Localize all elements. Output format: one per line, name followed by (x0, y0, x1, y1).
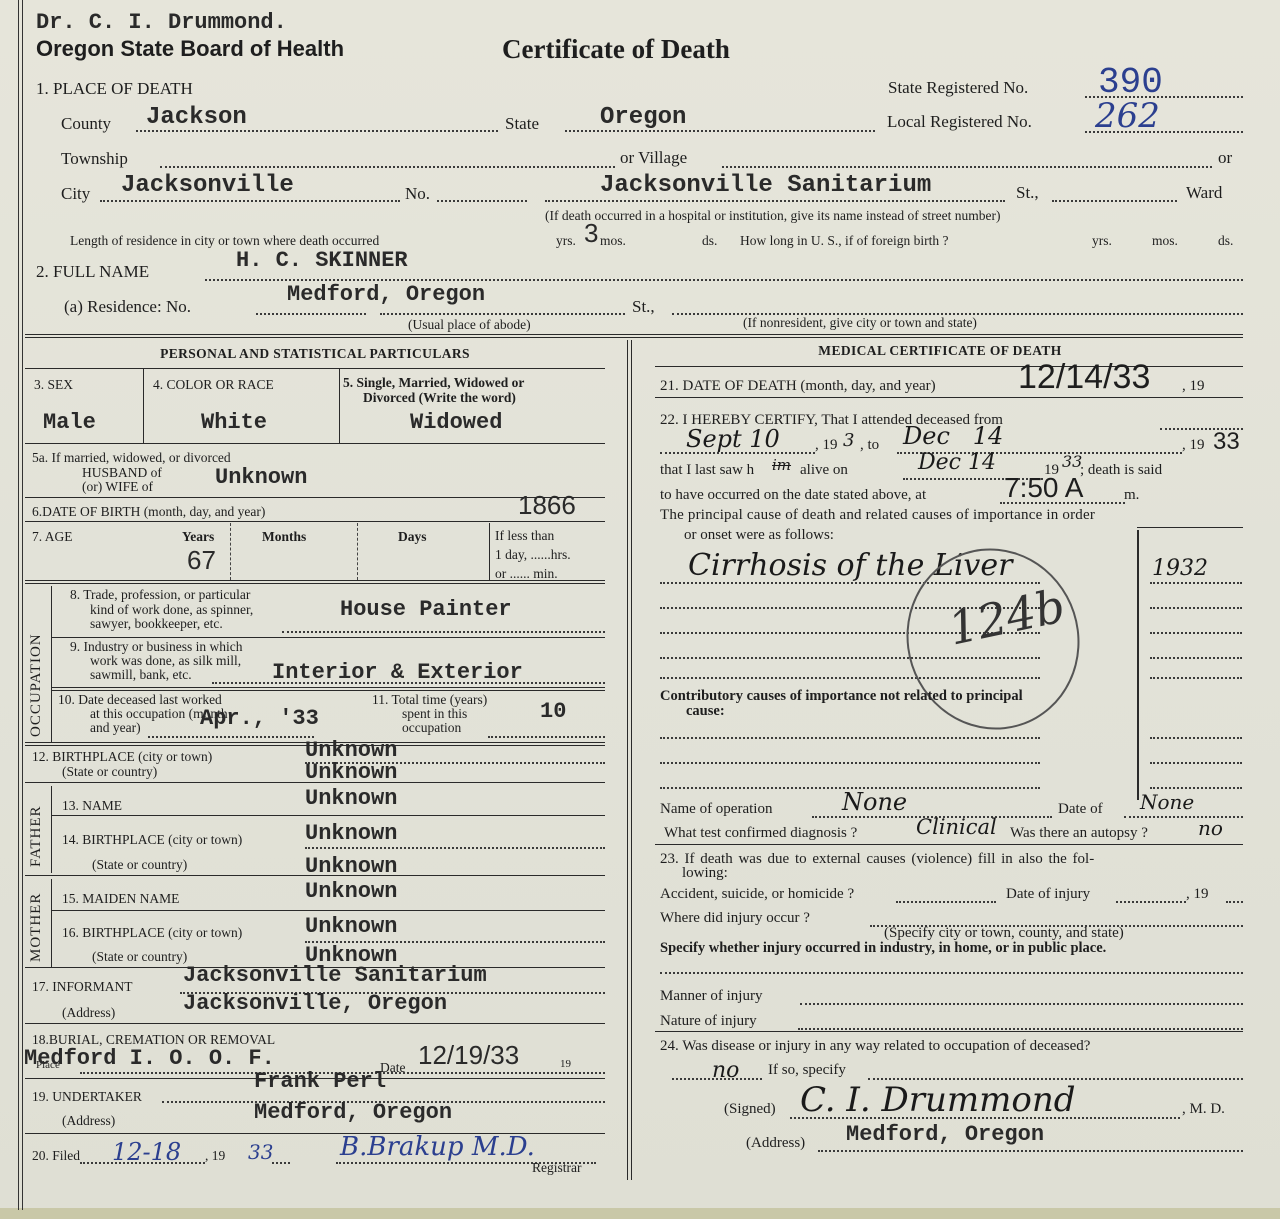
trade-value: House Painter (340, 597, 512, 622)
occurred-label: to have occurred on the date stated abov… (660, 487, 926, 504)
row-rule (655, 1031, 1243, 1032)
dob-label: 6.DATE OF BIRTH (month, day, and year) (32, 504, 265, 520)
test-value: Clinical (916, 815, 997, 839)
informant-value: Jacksonville Sanitarium (183, 963, 487, 988)
agency-name: Oregon State Board of Health (36, 36, 344, 62)
time-value: 7:50 A (1004, 472, 1083, 504)
residence-label: (a) Residence: No. (64, 297, 191, 317)
row-rule (52, 910, 605, 911)
paper-edge (0, 1208, 1280, 1219)
onset-line-7 (1150, 762, 1242, 764)
accident-label: Accident, suicide, or homicide ? (660, 886, 854, 903)
md-label: , M. D. (1182, 1101, 1225, 1118)
injury-year-label: , 19 (1186, 886, 1209, 903)
undertaker-label: 19. UNDERTAKER (32, 1089, 142, 1105)
spouse-label: 5a. If married, widowed, or divorced (32, 450, 231, 466)
occupation-related-answer: no (712, 1058, 739, 1083)
residence-value: Medford, Oregon (287, 282, 485, 307)
father-birthplace-city: Unknown (305, 821, 397, 846)
row-rule (25, 875, 605, 876)
birthplace-state-label: (State or country) (62, 764, 157, 780)
medical-heading: MEDICAL CERTIFICATE OF DEATH (640, 343, 1240, 359)
village-line (722, 166, 1212, 168)
age-divider (489, 523, 490, 580)
autopsy-label: Was there an autopsy ? (1010, 825, 1148, 842)
local-registered-label: Local Registered No. (887, 112, 1032, 132)
totaltime-line (488, 736, 605, 738)
father-side-rule (51, 786, 52, 873)
onset-line-4 (1150, 657, 1242, 659)
mother-birthplace-city: Unknown (305, 914, 397, 939)
mother-name-label: 15. MAIDEN NAME (62, 891, 179, 907)
attended-from-year-label: , 19 (815, 437, 838, 454)
city-line (100, 200, 400, 202)
operation-label: Name of operation (660, 801, 772, 818)
trade-label: 8. Trade, profession, or particular (70, 587, 250, 603)
local-registered-value: 262 (1095, 96, 1160, 136)
attended-to-year-label: , 19 (1182, 437, 1205, 454)
lastworked-label-3: and year) (90, 720, 141, 736)
residence-no-line (256, 313, 366, 315)
death-said-label: ; death is said (1080, 462, 1162, 479)
filed-label: 20. Filed (32, 1148, 80, 1164)
marital-value: Widowed (410, 410, 502, 435)
specify-injury-line (660, 972, 1243, 974)
sex-label: 3. SEX (34, 377, 73, 393)
informant-address-label: (Address) (62, 1005, 115, 1021)
row-rule (25, 521, 605, 522)
row-rule (655, 397, 1243, 398)
ward-line (1052, 200, 1177, 202)
accident-line (896, 901, 996, 903)
row-rule (655, 844, 1243, 845)
dod-label: 21. DATE OF DEATH (month, day, and year) (660, 378, 936, 395)
onset-line-2 (1150, 607, 1242, 609)
lessday-hrs: 1 day, ......hrs. (495, 547, 571, 563)
race-marital-divider (339, 368, 340, 443)
last-saw-him: im (772, 456, 791, 474)
residence-st-label: St., (632, 297, 655, 317)
age-years-label: Years (182, 529, 214, 545)
onset-line-3 (1150, 632, 1242, 634)
last-saw-date: Dec 14 (918, 450, 996, 475)
institution-value: Jacksonville Sanitarium (600, 172, 931, 199)
informant-address-value: Jacksonville, Oregon (183, 991, 447, 1016)
contributory-line-2 (660, 762, 1040, 764)
totaltime-value: 10 (540, 699, 566, 724)
autopsy-value: no (1198, 816, 1223, 840)
father-birthplace-state-label: (State or country) (92, 857, 187, 873)
marital-label-2: Divorced (Write the word) (363, 390, 516, 406)
father-birthplace-line (305, 847, 605, 849)
physician-address-line (818, 1150, 1243, 1152)
foreign-mos-label: mos. (1152, 233, 1178, 249)
race-value: White (201, 410, 267, 435)
ds-label: ds. (702, 233, 717, 249)
state-value: Oregon (600, 104, 686, 131)
medical-heading-rule (655, 366, 1243, 367)
onset-line-5 (1150, 677, 1242, 679)
street-no-line (437, 200, 527, 202)
left-border-rule (18, 0, 23, 1210)
age-months-label: Months (262, 529, 306, 545)
row-rule (52, 637, 605, 638)
dod-value: 12/14/33 (1018, 358, 1150, 397)
filed-value: 12-18 (112, 1138, 181, 1166)
row-rule (25, 1023, 605, 1024)
street-no-label: No. (405, 184, 430, 204)
age-divider (230, 523, 231, 580)
onset-line-6 (1150, 737, 1242, 739)
age-years-value: 67 (187, 545, 216, 576)
principal-cause-label: The principal cause of death and related… (660, 507, 1095, 524)
manner-label: Manner of injury (660, 988, 762, 1005)
date-of-onset-value: 1932 (1152, 556, 1208, 581)
where-injury-label: Where did injury occur ? (660, 910, 810, 927)
lessday-label: If less than (495, 528, 554, 544)
mother-side-label: MOTHER (28, 893, 45, 962)
undertaker-address-value: Medford, Oregon (254, 1100, 452, 1125)
filed-year-line (272, 1162, 290, 1164)
last-saw-label: that I last saw h (660, 462, 754, 479)
occupation-related-question: 24. Was disease or injury in any way rel… (660, 1038, 1090, 1055)
specify-if-label: If so, specify (768, 1062, 846, 1079)
undertaker-value: Frank Perl (254, 1069, 386, 1094)
place-of-death-heading: 1. PLACE OF DEATH (36, 79, 193, 99)
row-rule (52, 687, 605, 691)
attended-to-year: 33 (1213, 428, 1240, 456)
signed-label: (Signed) (724, 1101, 776, 1118)
lastworked-value: Apr., '33 (200, 706, 319, 731)
mother-birthplace-label: 16. BIRTHPLACE (city or town) (62, 925, 242, 941)
personal-heading-rule (25, 368, 605, 369)
filed-year-prefix: , 19 (205, 1148, 225, 1164)
dod-suffix: , 19 (1182, 378, 1205, 395)
am-pm-label: m. (1124, 487, 1139, 504)
county-label: County (61, 114, 111, 134)
alive-on-label: alive on (800, 462, 848, 479)
mother-side-rule (51, 879, 52, 967)
spouse-label-3: (or) WIFE of (82, 479, 153, 495)
onset-line-8 (1150, 787, 1242, 789)
foreign-birth-label: How long in U. S., if of foreign birth ? (740, 233, 948, 249)
spouse-value: Unknown (215, 465, 307, 490)
physician-address-label: (Address) (746, 1135, 805, 1152)
operation-date-line (1124, 816, 1243, 818)
injury-date-label: Date of injury (1006, 886, 1090, 903)
sex-value: Male (43, 410, 96, 435)
injury-date-line (1116, 901, 1186, 903)
institution-line (545, 200, 1005, 202)
father-name-label: 13. NAME (62, 798, 122, 814)
state-label: State (505, 114, 539, 134)
onset-column-rule (1137, 530, 1139, 800)
onset-line-1 (1150, 582, 1242, 584)
lastworked-line (148, 736, 314, 738)
sex-race-divider (143, 368, 144, 443)
onset-label: or onset were as follows: (684, 527, 834, 544)
full-name-value: H. C. SKINNER (236, 248, 408, 273)
or-label: or (1218, 148, 1232, 168)
st-label: St., (1016, 183, 1039, 203)
age-label: 7. AGE (32, 529, 73, 545)
mos-label: mos. (600, 233, 626, 249)
totaltime-label-3: occupation (402, 720, 461, 736)
test-label: What test confirmed diagnosis ? (664, 825, 857, 842)
undertaker-address-label: (Address) (62, 1113, 115, 1129)
full-name-label: 2. FULL NAME (36, 262, 149, 282)
operation-date-value: None (1140, 790, 1194, 814)
injury-year-line (1226, 901, 1243, 903)
page-title: Certificate of Death (502, 34, 730, 65)
row-rule (25, 443, 605, 444)
father-name-value: Unknown (305, 786, 397, 811)
physician-stamp: Dr. C. I. Drummond. (36, 10, 287, 35)
county-value: Jackson (146, 104, 247, 131)
occupation-side-label: OCCUPATION (28, 633, 45, 737)
nonresident-note: (If nonresident, give city or town and s… (743, 315, 977, 331)
abode-note: (Usual place of abode) (408, 317, 531, 333)
operation-date-label: Date of (1058, 801, 1103, 818)
mother-birthplace-state-label: (State or country) (92, 949, 187, 965)
informant-label: 17. INFORMANT (32, 979, 133, 995)
race-label: 4. COLOR OR RACE (153, 377, 274, 393)
column-divider (627, 340, 632, 1180)
contributory-line-1 (660, 737, 1040, 739)
to-label: , to (860, 437, 879, 454)
contributory-label-2: cause: (686, 703, 725, 720)
burial-date-value: 12/19/33 (418, 1040, 519, 1071)
ward-label: Ward (1186, 183, 1222, 203)
township-line (160, 166, 615, 168)
foreign-ds-label: ds. (1218, 233, 1233, 249)
dob-value: 1866 (518, 490, 576, 521)
external-causes-label-2: lowing: (682, 865, 728, 882)
state-registered-label: State Registered No. (888, 78, 1028, 98)
burial-place-value: Medford I. O. O. F. (24, 1046, 275, 1071)
onset-column-top (1137, 527, 1243, 528)
row-rule (25, 782, 605, 783)
industry-label-3: sawmill, bank, etc. (90, 667, 192, 683)
row-rule (52, 815, 605, 816)
occupation-side-rule (51, 586, 52, 742)
father-side-label: FATHER (28, 805, 45, 867)
specify-injury-label: Specify whether injury occurred in indus… (660, 940, 1106, 957)
mother-name-value: Unknown (305, 879, 397, 904)
age-divider (357, 523, 358, 580)
burial-year-suffix: 19 (560, 1058, 571, 1070)
birthplace-label: 12. BIRTHPLACE (city or town) (32, 749, 212, 765)
trade-line (282, 631, 605, 633)
nature-line (798, 1028, 1243, 1030)
residence-line (380, 313, 625, 315)
full-name-line (205, 279, 1243, 281)
village-label: or Village (620, 148, 687, 168)
foreign-yrs-label: yrs. (1092, 233, 1112, 249)
attended-from-value: Sept 10 (686, 425, 780, 453)
personal-heading: PERSONAL AND STATISTICAL PARTICULARS (25, 346, 605, 362)
physician-address-value: Medford, Oregon (846, 1122, 1044, 1147)
marital-label: 5. Single, Married, Widowed or (343, 375, 524, 391)
operation-value: None (842, 788, 907, 816)
manner-line (800, 1003, 1243, 1005)
city-value: Jacksonville (121, 172, 294, 199)
attended-to-value: Dec 14 (903, 422, 1003, 450)
row-rule (25, 580, 605, 584)
yrs-value: 3 (584, 218, 598, 249)
yrs-label: yrs. (556, 233, 576, 249)
trade-label-3: sawyer, bookkeeper, etc. (90, 616, 223, 632)
registrar-label: Registrar (532, 1160, 582, 1176)
township-label: Township (61, 149, 128, 169)
registrar-signature: B.Brakup M.D. (340, 1132, 535, 1162)
institution-note: (If death occurred in a hospital or inst… (545, 208, 1001, 224)
filed-year-value: 33 (248, 1140, 273, 1164)
industry-value: Interior & Exterior (272, 660, 523, 685)
section-divider (25, 334, 1243, 338)
city-label: City (61, 184, 90, 204)
attended-from-year: 3 (843, 430, 854, 451)
father-birthplace-label: 14. BIRTHPLACE (city or town) (62, 832, 242, 848)
residence-length-label: Length of residence in city or town wher… (70, 233, 379, 249)
age-days-label: Days (398, 529, 427, 545)
nature-label: Nature of injury (660, 1013, 757, 1030)
physician-signature: C. I. Drummond (800, 1080, 1076, 1120)
